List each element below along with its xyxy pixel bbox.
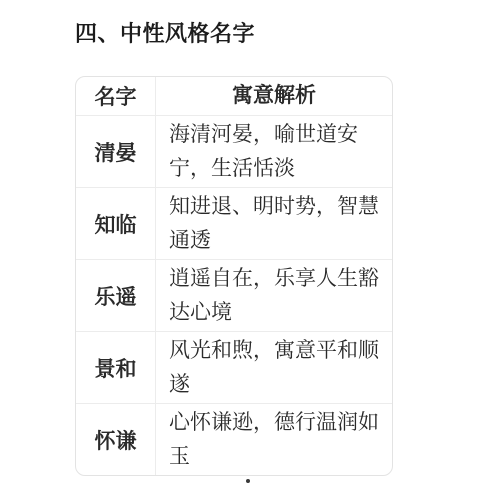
meaning-cell: 知进退、明时势，智慧 通透: [156, 188, 392, 259]
name-cell: 怀谦: [76, 404, 156, 475]
table-row: 清晏 海清河晏，喻世道安 宁，生活恬淡: [76, 115, 392, 187]
table-header-row: 名字 寓意解析: [76, 77, 392, 115]
meaning-cell: 逍遥自在，乐享人生豁 达心境: [156, 260, 392, 331]
names-table: 名字 寓意解析 清晏 海清河晏，喻世道安 宁，生活恬淡 知临 知进退、明时势，智…: [75, 76, 393, 476]
name-cell: 清晏: [76, 116, 156, 187]
meaning-cell: 风光和煦，寓意平和顺 遂: [156, 332, 392, 403]
meaning-cell: 海清河晏，喻世道安 宁，生活恬淡: [156, 116, 392, 187]
meaning-cell: 心怀谦逊，德行温润如 玉: [156, 404, 392, 475]
table-row: 景和 风光和煦，寓意平和顺 遂: [76, 331, 392, 403]
table-row: 知临 知进退、明时势，智慧 通透: [76, 187, 392, 259]
table-row: 乐遥 逍遥自在，乐享人生豁 达心境: [76, 259, 392, 331]
page-title: 四、中性风格名字: [75, 17, 255, 48]
column-header-name: 名字: [76, 77, 156, 115]
column-header-meaning: 寓意解析: [156, 77, 392, 115]
page: 四、中性风格名字 名字 寓意解析 清晏 海清河晏，喻世道安 宁，生活恬淡 知临 …: [0, 0, 499, 489]
name-cell: 知临: [76, 188, 156, 259]
name-cell: 景和: [76, 332, 156, 403]
bottom-dot: [246, 479, 250, 483]
name-cell: 乐遥: [76, 260, 156, 331]
table-row: 怀谦 心怀谦逊，德行温润如 玉: [76, 403, 392, 475]
